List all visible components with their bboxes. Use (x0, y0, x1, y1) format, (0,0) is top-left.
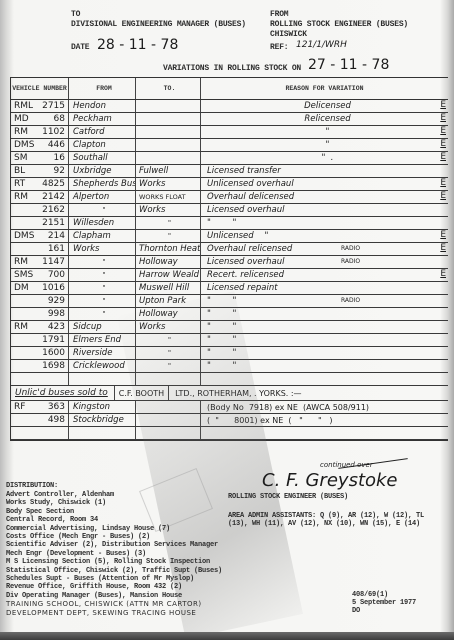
from-garage: Catford (69, 126, 136, 138)
to-garage: Works (136, 321, 201, 333)
vehicle-prefix: RM (14, 192, 28, 202)
vehicle-fleet-number: 4825 (42, 179, 65, 189)
reason-for-variation: "E (201, 139, 448, 151)
from-garage (69, 373, 136, 385)
vehicle-fleet-number: 446 (48, 140, 65, 150)
to-garage: Fulwell (136, 165, 201, 177)
vehicle-number: RM2142 (11, 191, 69, 203)
reason-for-variation: Licensed overhaulRADIO (201, 256, 448, 268)
table-row: DMS446Clapton"E (11, 139, 448, 152)
from-garage: Stockbridge (69, 414, 136, 426)
distribution-item: Costs Office (Mech Engr - Buses) (2) (6, 533, 306, 541)
vehicle-fleet-number: 929 (48, 296, 65, 306)
vehicle-number: RM423 (11, 321, 69, 333)
table-row (11, 427, 448, 440)
buyer-address: LTD., ROTHERHAM, . YORKS. :— (168, 386, 307, 400)
vehicle-number: 2151 (11, 217, 69, 229)
from-garage: " (69, 269, 136, 281)
from-garage: Kingston (69, 401, 136, 413)
date-label: DATE (71, 43, 89, 52)
reason-for-variation: " " (201, 347, 448, 359)
to-garage (136, 152, 201, 164)
distribution-item: Scientific Adviser (2), Distribution Ser… (6, 541, 306, 549)
distribution-item: Schedules Supt - Buses (Attention of Mr … (6, 575, 306, 583)
table-row: 2151Willesden"" " (11, 217, 448, 230)
from-garage: " (69, 295, 136, 307)
reason-for-variation: RelicensedE (201, 113, 448, 125)
vehicle-fleet-number: 423 (48, 322, 65, 332)
table-row: RM1102Catford"E (11, 126, 448, 139)
vehicle-number: BL92 (11, 165, 69, 177)
table-row: SMS700"Harrow WealdRecert. relicensedE (11, 269, 448, 282)
distribution-item: Works Study, Chiswick (1) (6, 499, 306, 507)
radio-note: RADIO (341, 258, 360, 265)
vehicle-fleet-number: 1791 (42, 335, 65, 345)
table-row: 1600Riverside"" " (11, 347, 448, 360)
sender: ROLLING STOCK ENGINEER (BUSES) (270, 20, 408, 29)
to-garage: " (136, 360, 201, 372)
vehicle-number: RM1147 (11, 256, 69, 268)
vehicle-fleet-number: 16 (54, 153, 65, 163)
from-garage: Peckham (69, 113, 136, 125)
variations-title: VARIATIONS IN ROLLING STOCK ON (163, 64, 301, 73)
to-garage (136, 139, 201, 151)
from-garage: Works (69, 243, 136, 255)
distribution-item: M S Licensing Section (5), Rolling Stock… (6, 558, 306, 566)
table-row: 161WorksThornton HeathOverhaul relicense… (11, 243, 448, 256)
e-flag: E (440, 100, 446, 110)
e-flag: E (440, 230, 446, 240)
reason-for-variation: Licensed overhaul (201, 204, 448, 216)
to-garage: " (136, 334, 201, 346)
distribution-handwritten-item: DEVELOPMENT DEPT, SKEWING TRACING HOUSE (6, 609, 306, 617)
sold-to-row: Unlic'd buses sold to C.F. BOOTH LTD., R… (11, 386, 448, 401)
vehicle-number (11, 373, 69, 385)
to-garage: " (136, 347, 201, 359)
to-garage (136, 373, 201, 385)
vehicle-number: DM1016 (11, 282, 69, 294)
e-flag: E (440, 178, 446, 188)
distribution-item: Commercial Advertising, Lindsay House (7… (6, 525, 306, 533)
vehicle-fleet-number: 1102 (42, 127, 65, 137)
table-row: DMS214Clapham"Unlicensed "E (11, 230, 448, 243)
reason-for-variation: Unlicensed "E (201, 230, 448, 242)
to-garage: " (136, 230, 201, 242)
to-garage: Thornton Heath (136, 243, 201, 255)
vehicle-fleet-number: 68 (54, 114, 65, 124)
vehicle-prefix: RT (14, 179, 25, 189)
from-garage: Cricklewood (69, 360, 136, 372)
e-flag: E (440, 269, 446, 279)
table-row: 998"Holloway" " (11, 308, 448, 321)
vehicle-number: DMS214 (11, 230, 69, 242)
to-garage (136, 414, 201, 426)
vehicle-fleet-number: 214 (48, 231, 65, 241)
table-row: 929"Upton Park" "RADIO (11, 295, 448, 308)
reason-for-variation: " " (201, 321, 448, 333)
reason-for-variation: " "RADIO (201, 295, 448, 307)
table-header: VEHICLE NUMBER FROM TO. REASON FOR VARIA… (11, 78, 448, 100)
vehicle-number: 1698 (11, 360, 69, 372)
reason-for-variation: " .E (201, 152, 448, 164)
table-row: RM2142AlpertonWORKS FLOATOverhaul delice… (11, 191, 448, 204)
vehicle-number: RML2715 (11, 100, 69, 112)
vehicle-fleet-number: 1016 (42, 283, 65, 293)
reason-for-variation: Licensed transfer (201, 165, 448, 177)
distribution-item: Central Record, Room 34 (6, 516, 306, 524)
distribution-item: Statistical Office, Chiswick (2), Traffi… (6, 567, 306, 575)
to-garage: WORKS FLOAT (136, 191, 201, 203)
from-garage: " (69, 282, 136, 294)
sold-lead: Unlic'd buses sold to (15, 388, 108, 398)
reason-for-variation: " " (201, 334, 448, 346)
e-flag: E (440, 152, 446, 162)
column-header-reason: REASON FOR VARIATION (201, 78, 448, 99)
from-garage: Alperton (69, 191, 136, 203)
reason-for-variation: DelicensedE (201, 100, 448, 112)
vehicle-prefix: MD (14, 114, 29, 124)
scan-edge (0, 632, 454, 640)
vehicle-fleet-number: 1147 (42, 257, 65, 267)
form-code: DO (352, 607, 416, 615)
rolling-stock-table: VEHICLE NUMBER FROM TO. REASON FOR VARIA… (10, 77, 448, 441)
form-date: 5 September 1977 (352, 599, 416, 607)
vehicle-prefix: RM (14, 127, 28, 137)
reason-for-variation: Licensed repaint (201, 282, 448, 294)
vehicle-number (11, 427, 69, 439)
table-row: 498Stockbridge( " 8001) ex NE ( " " ) (11, 414, 448, 427)
column-header-from: FROM (69, 78, 136, 99)
to-garage (136, 427, 201, 439)
from-garage: Shepherds Bush (69, 178, 136, 190)
vehicle-fleet-number: 161 (48, 244, 65, 254)
scanned-document: TO DIVISIONAL ENGINEERING MANAGER (BUSES… (0, 0, 454, 640)
table-row: 1698Cricklewood"" " (11, 360, 448, 373)
vehicle-fleet-number: 2151 (42, 218, 65, 228)
distribution-handwritten-item: TRAINING SCHOOL, CHISWICK (ATTN MR CARTO… (6, 600, 306, 608)
vehicle-number: RT4825 (11, 178, 69, 190)
distribution-item: Revenue Office, Griffith House, Room 432… (6, 583, 306, 591)
vehicle-number: RM1102 (11, 126, 69, 138)
reason-for-variation: Overhaul relicensedRADIOE (201, 243, 448, 255)
vehicle-fleet-number: 2715 (42, 101, 65, 111)
table-row: RT4825Shepherds BushWorksUnlicensed over… (11, 178, 448, 191)
to-garage (136, 126, 201, 138)
reason-for-variation: " " (201, 360, 448, 372)
to-garage: Muswell Hill (136, 282, 201, 294)
from-garage: Hendon (69, 100, 136, 112)
vehicle-prefix: DM (14, 283, 29, 293)
from-garage: " (69, 308, 136, 320)
reason-for-variation: Recert. relicensedE (201, 269, 448, 281)
from-garage: Sidcup (69, 321, 136, 333)
vehicle-number: 1791 (11, 334, 69, 346)
vehicle-number: DMS446 (11, 139, 69, 151)
document-date: 28 - 11 - 78 (97, 37, 178, 53)
vehicle-fleet-number: 700 (48, 270, 65, 280)
vehicle-fleet-number: 998 (48, 309, 65, 319)
vehicle-prefix: SMS (14, 270, 33, 280)
distribution-item: Advert Controller, Aldenham (6, 491, 306, 499)
signature: C. F. Greystoke (262, 470, 398, 491)
vehicle-fleet-number: 498 (48, 415, 65, 425)
from-garage: Uxbridge (69, 165, 136, 177)
sender-location: CHISWICK (270, 30, 307, 39)
vehicle-number: 2162 (11, 204, 69, 216)
distribution-list: Advert Controller, AldenhamWorks Study, … (6, 491, 306, 617)
table-row: 1791Elmers End"" " (11, 334, 448, 347)
vehicle-number: SMS700 (11, 269, 69, 281)
from-garage (69, 427, 136, 439)
from-label: FROM (270, 10, 288, 19)
distribution-item: Body Spec Section (6, 508, 306, 516)
vehicle-number: MD68 (11, 113, 69, 125)
vehicle-prefix: RM (14, 322, 28, 332)
vehicle-prefix: RM (14, 257, 28, 267)
from-garage: Elmers End (69, 334, 136, 346)
table-row: RM423SidcupWorks" " (11, 321, 448, 334)
reason-for-variation (201, 427, 448, 439)
table-row: SM16Southall" .E (11, 152, 448, 165)
e-flag: E (440, 126, 446, 136)
from-garage: Clapham (69, 230, 136, 242)
to-garage: Harrow Weald (136, 269, 201, 281)
vehicle-number: 498 (11, 414, 69, 426)
vehicle-prefix: RML (14, 101, 33, 111)
table-row (11, 373, 448, 386)
buyer-name: C.F. BOOTH (114, 386, 168, 400)
from-garage: Willesden (69, 217, 136, 229)
vehicle-number: 998 (11, 308, 69, 320)
vehicle-fleet-number: 2142 (42, 192, 65, 202)
reason-for-variation: " " (201, 217, 448, 229)
column-header-vehicle: VEHICLE NUMBER (11, 78, 69, 99)
recipient: DIVISIONAL ENGINEERING MANAGER (BUSES) (71, 20, 246, 29)
vehicle-number: 1600 (11, 347, 69, 359)
reference-number: 121/1/WRH (296, 40, 347, 50)
distribution-item: Div Operating Manager (Buses), Mansion H… (6, 592, 306, 600)
vehicle-number: RF363 (11, 401, 69, 413)
reason-for-variation: " " (201, 308, 448, 320)
vehicle-number: SM16 (11, 152, 69, 164)
vehicle-number: 929 (11, 295, 69, 307)
reason-for-variation: "E (201, 126, 448, 138)
vehicle-fleet-number: 2162 (42, 205, 65, 215)
vehicle-prefix: RF (14, 402, 25, 412)
to-garage: Upton Park (136, 295, 201, 307)
distribution-title: DISTRIBUTION: (6, 482, 58, 490)
variations-date: 27 - 11 - 78 (308, 57, 389, 73)
vehicle-fleet-number: 363 (48, 402, 65, 412)
from-garage: " (69, 204, 136, 216)
distribution-item: Mech Engr (Development - Buses) (3) (6, 550, 306, 558)
from-garage: Southall (69, 152, 136, 164)
reason-for-variation: ( " 8001) ex NE ( " " ) (201, 414, 448, 426)
reason-for-variation: Overhaul delicensedE (201, 191, 448, 203)
table-row: DM1016"Muswell HillLicensed repaint (11, 282, 448, 295)
column-header-to: TO. (136, 78, 201, 99)
table-row: MD68PeckhamRelicensedE (11, 113, 448, 126)
vehicle-prefix: DMS (14, 231, 34, 241)
reason-for-variation (201, 373, 448, 385)
to-garage: Holloway (136, 256, 201, 268)
radio-note: RADIO (341, 245, 360, 252)
reason-for-variation: Unlicensed overhaulE (201, 178, 448, 190)
reason-for-variation: (Body No 7918) ex NE (AWCA 508/911) (201, 401, 448, 413)
vehicle-fleet-number: 1600 (42, 348, 65, 358)
from-garage: Clapton (69, 139, 136, 151)
radio-note: RADIO (341, 297, 360, 304)
vehicle-prefix: DMS (14, 140, 34, 150)
table-row: RML2715HendonDelicensedE (11, 100, 448, 113)
e-flag: E (440, 243, 446, 253)
to-label: TO (71, 10, 80, 19)
vehicle-fleet-number: 92 (54, 166, 65, 176)
e-flag: E (440, 191, 446, 201)
to-garage (136, 401, 201, 413)
table-row: RF363Kingston(Body No 7918) ex NE (AWCA … (11, 401, 448, 414)
from-garage: " (69, 256, 136, 268)
table-row: RM1147"HollowayLicensed overhaulRADIO (11, 256, 448, 269)
to-garage: Works (136, 178, 201, 190)
vehicle-prefix: BL (14, 166, 25, 176)
to-garage (136, 100, 201, 112)
table-row: 2162"WorksLicensed overhaul (11, 204, 448, 217)
to-garage (136, 113, 201, 125)
vehicle-number: 161 (11, 243, 69, 255)
e-flag: E (440, 139, 446, 149)
e-flag: E (440, 113, 446, 123)
from-garage: Riverside (69, 347, 136, 359)
ref-label: REF: (270, 43, 288, 52)
to-garage: " (136, 217, 201, 229)
document-reference: 408/69(1) 5 September 1977 DO (352, 591, 416, 615)
vehicle-prefix: SM (14, 153, 27, 163)
to-garage: Holloway (136, 308, 201, 320)
vehicle-fleet-number: 1698 (42, 361, 65, 371)
to-garage: Works (136, 204, 201, 216)
table-row: BL92UxbridgeFulwellLicensed transfer (11, 165, 448, 178)
form-number: 408/69(1) (352, 591, 416, 599)
